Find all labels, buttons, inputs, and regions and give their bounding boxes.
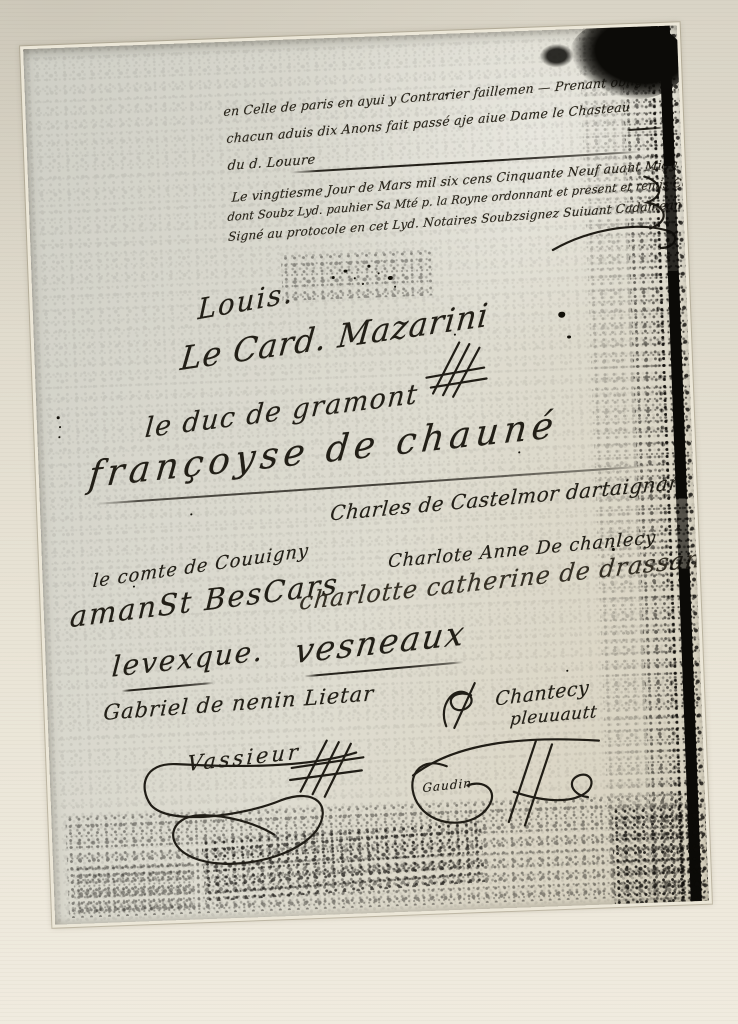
- photo-print: en Celle de paris en ayui y Contrarier f…: [23, 25, 709, 924]
- ink-speck: [133, 586, 135, 588]
- ink-speck: [367, 265, 370, 268]
- ink-speck: [378, 272, 380, 274]
- ink-speck: [57, 416, 60, 419]
- mat-board: en Celle de paris en ayui y Contrarier f…: [0, 0, 738, 1024]
- ink-speck: [190, 513, 192, 515]
- ink-speck: [58, 436, 60, 438]
- ink-speck: [59, 426, 61, 428]
- damage-corner-bottom-right: [611, 805, 708, 904]
- ink-speck: [445, 94, 447, 96]
- smudge-above-louis: [281, 249, 433, 300]
- ink-speck: [362, 283, 364, 285]
- ink-speck: [394, 286, 396, 288]
- mat-opening: en Celle de paris en ayui y Contrarier f…: [20, 22, 712, 928]
- ink-speck: [566, 670, 568, 672]
- ink-speck: [277, 160, 279, 162]
- ink-speck: [518, 451, 520, 453]
- flourish-chantecy-paraph: [435, 681, 489, 731]
- ink-speck: [354, 277, 356, 279]
- flourish-mazarini-paraph: [419, 337, 489, 397]
- ink-speck: [332, 276, 335, 279]
- ink-speck: [612, 548, 615, 551]
- ink-speck: [454, 334, 456, 336]
- flourish-vasseur-paraph: [131, 737, 374, 884]
